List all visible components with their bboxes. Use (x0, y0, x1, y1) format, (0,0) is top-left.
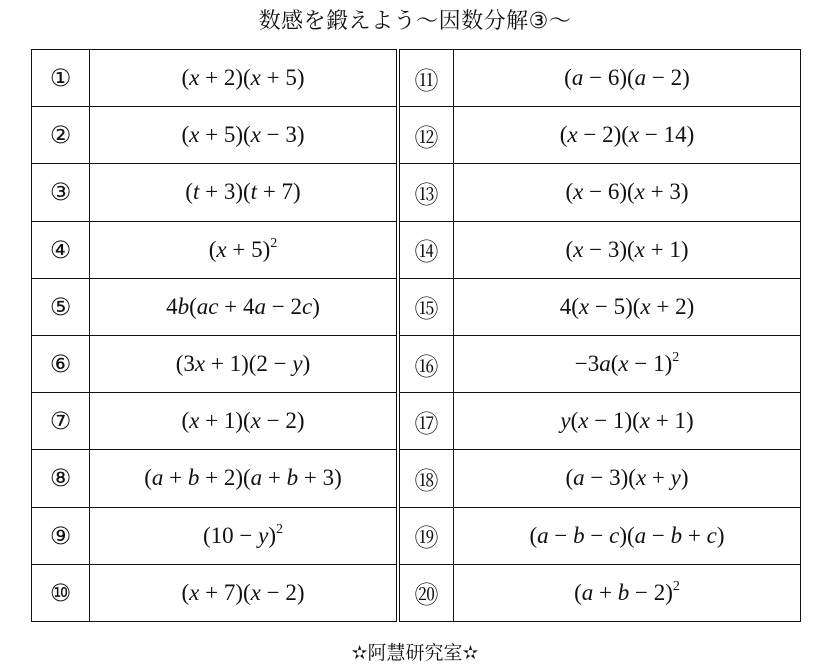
page-title: 数感を鍛えよう〜因数分解③〜 (0, 4, 830, 35)
footer-credit: ✫阿慧研究室✫ (0, 638, 830, 665)
problem-answer: y(x − 1)(x + 1) (454, 393, 801, 450)
problem-answer: (x + 2)(x + 5) (90, 50, 399, 107)
table-row: ⑤ 4b(ac + 4a − 2c) ⑮ 4(x − 5)(x + 2) (32, 278, 801, 335)
problem-number: ⑫ (398, 107, 454, 164)
problem-answer: (x − 3)(x + 1) (454, 221, 801, 278)
problem-number: ⑥ (32, 335, 90, 392)
answer-table: ① (x + 2)(x + 5) ⑪ (a − 6)(a − 2) ② (x +… (31, 49, 801, 622)
problem-answer: (t + 3)(t + 7) (90, 164, 399, 221)
problem-number: ⑤ (32, 278, 90, 335)
problem-answer: (x + 1)(x − 2) (90, 393, 399, 450)
problem-number: ④ (32, 221, 90, 278)
problem-answer: (x − 2)(x − 14) (454, 107, 801, 164)
table-row: ⑩ (x + 7)(x − 2) ⑳ (a + b − 2)2 (32, 564, 801, 621)
problem-answer: 4b(ac + 4a − 2c) (90, 278, 399, 335)
exponent: 2 (672, 350, 679, 365)
problem-answer: (a − 3)(x + y) (454, 450, 801, 507)
table-row: ⑨ (10 − y)2 ⑲ (a − b − c)(a − b + c) (32, 507, 801, 564)
problem-answer: (a + b + 2)(a + b + 3) (90, 450, 399, 507)
table-row: ⑥ (3x + 1)(2 − y) ⑯ −3a(x − 1)2 (32, 335, 801, 392)
exponent: 2 (276, 522, 283, 537)
problem-number: ③ (32, 164, 90, 221)
problem-answer: (3x + 1)(2 − y) (90, 335, 399, 392)
problem-number: ⑰ (398, 393, 454, 450)
problem-number: ⑭ (398, 221, 454, 278)
problem-number: ⑦ (32, 393, 90, 450)
table-row: ④ (x + 5)2 ⑭ (x − 3)(x + 1) (32, 221, 801, 278)
table-row: ⑦ (x + 1)(x − 2) ⑰ y(x − 1)(x + 1) (32, 393, 801, 450)
table-row: ⑧ (a + b + 2)(a + b + 3) ⑱ (a − 3)(x + y… (32, 450, 801, 507)
problem-number: ⑪ (398, 50, 454, 107)
table-row: ① (x + 2)(x + 5) ⑪ (a − 6)(a − 2) (32, 50, 801, 107)
problem-number: ⑨ (32, 507, 90, 564)
problem-answer: (10 − y)2 (90, 507, 399, 564)
problem-answer: (x + 5)(x − 3) (90, 107, 399, 164)
problem-answer: (a − 6)(a − 2) (454, 50, 801, 107)
problem-number: ⑬ (398, 164, 454, 221)
problem-answer: (a + b − 2)2 (454, 564, 801, 621)
exponent: 2 (673, 579, 680, 594)
problem-answer: (x + 5)2 (90, 221, 399, 278)
problem-answer: −3a(x − 1)2 (454, 335, 801, 392)
table-row: ③ (t + 3)(t + 7) ⑬ (x − 6)(x + 3) (32, 164, 801, 221)
problem-answer: (x + 7)(x − 2) (90, 564, 399, 621)
problem-number: ① (32, 50, 90, 107)
problem-number: ⑮ (398, 278, 454, 335)
problem-number: ⑩ (32, 564, 90, 621)
problem-number: ⑱ (398, 450, 454, 507)
problem-number: ⑯ (398, 335, 454, 392)
problem-number: ⑲ (398, 507, 454, 564)
problem-number: ② (32, 107, 90, 164)
exponent: 2 (270, 236, 277, 251)
problem-number: ⑳ (398, 564, 454, 621)
problem-answer: 4(x − 5)(x + 2) (454, 278, 801, 335)
problem-answer: (a − b − c)(a − b + c) (454, 507, 801, 564)
problem-number: ⑧ (32, 450, 90, 507)
problem-answer: (x − 6)(x + 3) (454, 164, 801, 221)
table-row: ② (x + 5)(x − 3) ⑫ (x − 2)(x − 14) (32, 107, 801, 164)
